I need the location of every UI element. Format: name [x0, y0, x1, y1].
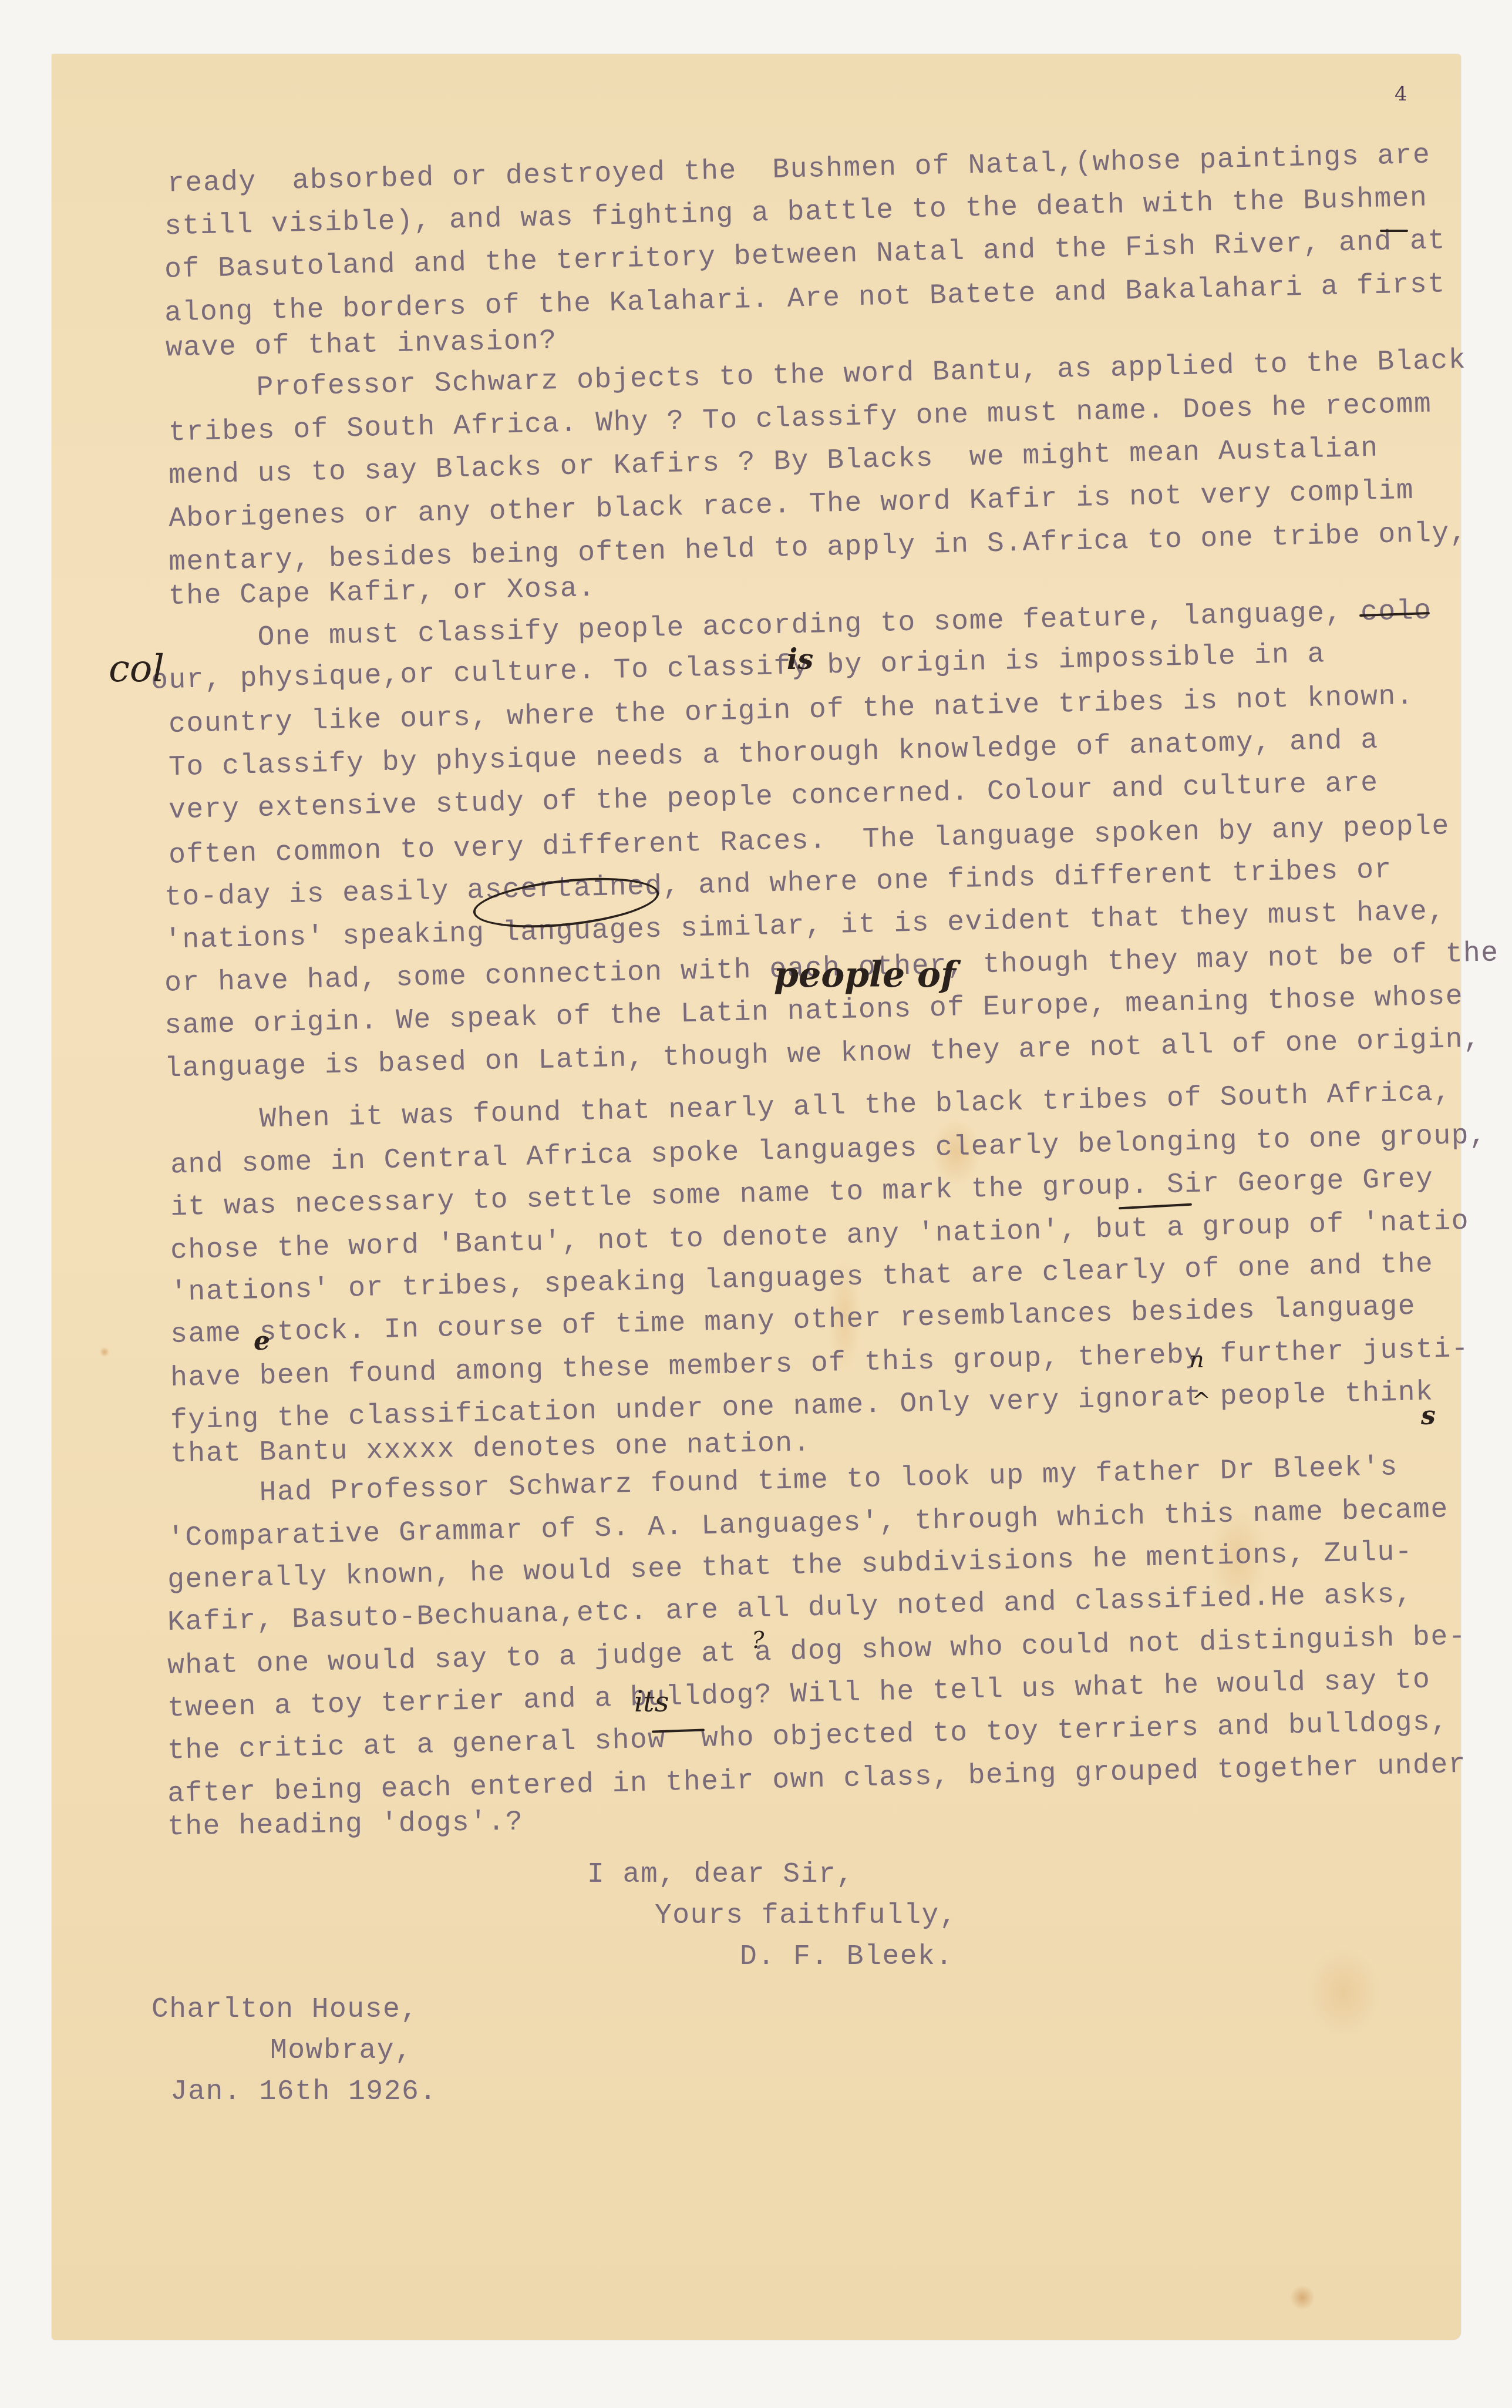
body-line: the Cape Kafir, or Xosa. [169, 573, 596, 613]
letter-date: Jan. 16th 1926. [170, 2076, 437, 2108]
handwritten-question-mark: ? [752, 1627, 764, 1654]
handwritten-people-of: people of [774, 954, 956, 996]
closing-salutation: I am, dear Sir, [587, 1859, 854, 1891]
handwritten-s-correction: s [1421, 1401, 1436, 1431]
caret-mark: ^ [1192, 1387, 1211, 1413]
letter-body: ready absorbed or destroyed the Bushmen … [0, 0, 1512, 1617]
handwritten-n-insert: n [1189, 1346, 1204, 1373]
handwritten-its-insert: its [634, 1686, 669, 1718]
closing-valediction: Yours faithfully, [655, 1900, 957, 1932]
address-line-1: Charlton House, [151, 1994, 419, 2026]
handwritten-e-correction: e [254, 1326, 270, 1356]
handwritten-is-correction: is [787, 643, 813, 676]
address-line-2: Mowbray, [270, 2035, 412, 2067]
signature: D. F. Bleek. [740, 1941, 954, 1973]
handwritten-colour-margin: col [109, 647, 164, 691]
body-line: wave of that invasion? [166, 325, 558, 365]
strikethrough-at [1380, 230, 1408, 232]
body-line: the heading 'dogs'.? [167, 1807, 524, 1843]
